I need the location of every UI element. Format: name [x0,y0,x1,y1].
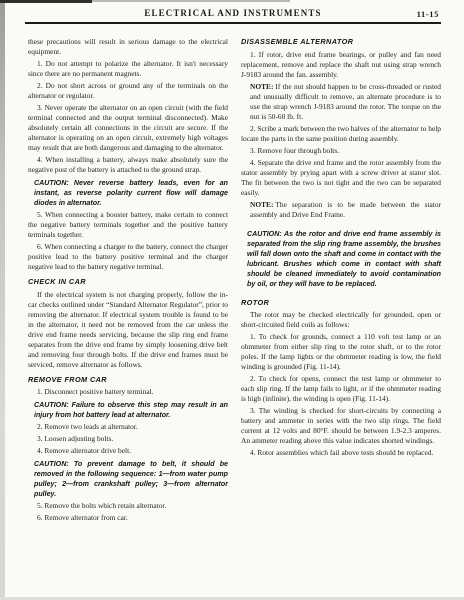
text-columns: these precautions will result in serious… [28,37,441,525]
item-block: 5. Remove the bolts which retain alterna… [28,501,228,511]
note-label: NOTE: [250,82,275,91]
page-header: ELECTRICAL AND INSTRUMENTS 11-15 [25,8,441,22]
item-block: 2. Remove two leads at alternator. [28,422,228,432]
item-block: 6. When connecting a charger to the batt… [28,242,228,272]
page-title: ELECTRICAL AND INSTRUMENTS [25,8,441,18]
item-block: 1. Disconnect positive battery terminal. [28,387,228,397]
item-block: 4. Separate the drive end frame and the … [241,158,441,198]
header-rule [25,22,441,24]
heading-block: REMOVE FROM CAR [28,375,228,385]
item-block: 5. When connecting a booster battery, ma… [28,210,228,240]
note-label: NOTE: [250,200,275,209]
caution-block: CAUTION: Failure to observe this step ma… [34,400,228,420]
item-block: 4. When installing a battery, always mak… [28,155,228,175]
caution-block: CAUTION: Never reverse battery leads, ev… [34,178,228,208]
page-number: 11-15 [417,9,439,19]
scan-edge-top-dark [0,0,92,3]
heading-block: DISASSEMBLE ALTERNATOR [241,37,441,47]
item-block: 1. To check for grounds, connect a 110 v… [241,332,441,372]
item-block: 2. Do not short across or ground any of … [28,81,228,101]
caution-block: CAUTION: As the rotor and drive end fram… [247,229,441,289]
scan-edge-left [0,0,5,600]
item-block: 4. Remove alternator drive belt. [28,446,228,456]
heading-block: CHECK IN CAR [28,277,228,287]
item-block: 3. Never operate the alternator on an op… [28,103,228,153]
note-block: NOTE:If the nut should happen to be cros… [250,82,441,122]
manual-page: ELECTRICAL AND INSTRUMENTS 11-15 these p… [0,0,464,600]
note-text: The separation is to be made between the… [250,200,441,219]
paragraph-block: If the electrical system is not charging… [28,290,228,370]
note-block: NOTE:The separation is to be made betwee… [250,200,441,220]
item-block: 1. Do not attempt to polarize the altern… [28,59,228,79]
paragraph-block: these precautions will result in serious… [28,37,228,57]
item-block: 3. Loosen adjusting bolts. [28,434,228,444]
note-text: If the nut should happen to be cross-thr… [250,82,441,121]
paragraph-block: The rotor may be checked electrically fo… [241,310,441,330]
item-block: 4. Rotor assemblies which fail above tes… [241,448,441,458]
caution-block: CAUTION: To prevent damage to belt, it s… [34,459,228,499]
heading-block: ROTOR [241,298,441,308]
left-column: these precautions will result in serious… [28,37,228,525]
right-column: DISASSEMBLE ALTERNATOR1. If rotor, drive… [241,37,441,525]
item-block: 2. Scribe a mark between the two halves … [241,124,441,144]
item-block: 2. To check for opens, connect the test … [241,374,441,404]
item-block: 3. Remove four through bolts. [241,146,441,156]
item-block: 6. Remove alternator from car. [28,513,228,523]
item-block: 1. If rotor, drive end frame bearings, o… [241,50,441,80]
scan-edge-top-faint [92,0,290,2]
item-block: 3. The winding is checked for short-circ… [241,406,441,446]
